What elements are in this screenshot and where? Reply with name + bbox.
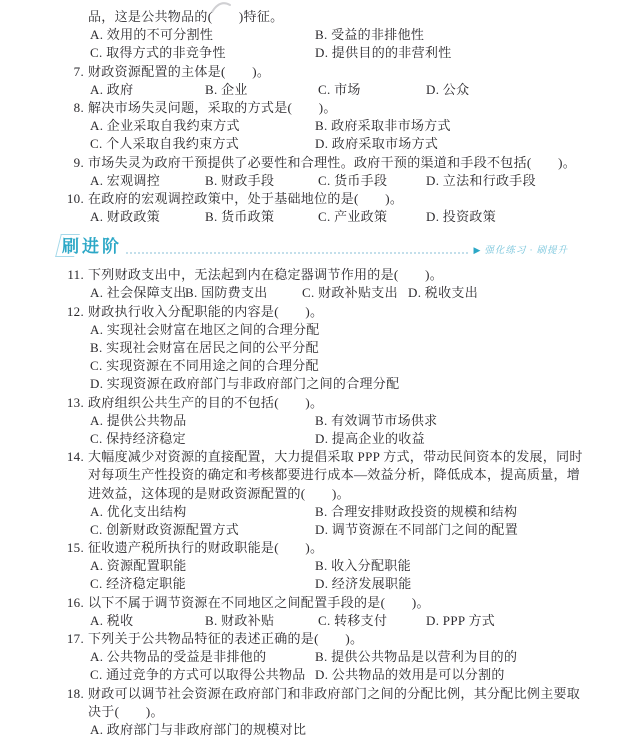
option-row: A. 宏观调控B. 财政手段C. 货币手段D. 立法和行政手段 — [0, 172, 626, 190]
option-text: B. 财政补贴 — [205, 612, 274, 630]
option-text: B. 提供公共物品是以营利为目的的 — [315, 648, 517, 666]
option-row: A. 企业采取自我约束方式B. 政府采取非市场方式 — [0, 117, 626, 135]
option-text: B. 财政手段 — [205, 172, 274, 190]
option-text: D. 立法和行政手段 — [426, 172, 536, 190]
question-line: 15.征收遗产税所执行的财政职能是( )。 — [0, 539, 626, 557]
question-line: 13.政府组织公共生产的目的不包括( )。 — [0, 394, 626, 412]
option-text: A. 财政政策 — [90, 208, 160, 226]
question-line: 7.财政资源配置的主体是( )。 — [0, 63, 626, 81]
option-text: B. 合理安排财政投资的规模和结构 — [315, 503, 517, 521]
question-text: 政府组织公共生产的目的不包括( )。 — [88, 394, 323, 412]
question-text: 大幅度减少对资源的直接配置，大力提倡采取 PPP 方式，带动民间资本的发展，同时 — [88, 448, 583, 466]
option-text: C. 货币手段 — [318, 172, 387, 190]
option-text: C. 取得方式的非竞争性 — [90, 44, 226, 62]
section-header: 刷进阶 ▶ 强化练习 · 刷提升 — [0, 232, 626, 260]
option-text: B. 政府采取非市场方式 — [315, 117, 451, 135]
question-block-bottom: 11.下列财政支出中，无法起到内在稳定器调节作用的是( )。A. 社会保障支出B… — [0, 266, 626, 739]
question-number: 16. — [40, 594, 84, 612]
question-text: 在政府的宏观调控政策中，处于基础地位的是( )。 — [88, 190, 403, 208]
option-row: C. 保持经济稳定D. 提高企业的收益 — [0, 430, 626, 448]
question-text: 对每项生产性投资的确定和考核都要进行成本—效益分析，降低成本，提高质量，增 — [88, 466, 580, 484]
question-line: 11.下列财政支出中，无法起到内在稳定器调节作用的是( )。 — [0, 266, 626, 284]
question-number: 17. — [40, 630, 84, 648]
option-text: C. 转移支付 — [318, 612, 387, 630]
option-row: A. 实现社会财富在地区之间的合理分配 — [0, 321, 626, 339]
question-line: 18.财政可以调节社会资源在政府部门和非政府部门之间的分配比例，其分配比例主要取 — [0, 685, 626, 703]
option-row: A. 优化支出结构B. 合理安排财政投资的规模和结构 — [0, 503, 626, 521]
question-text: 征收遗产税所执行的财政职能是( )。 — [88, 539, 323, 557]
option-row: A. 税收B. 财政补贴C. 转移支付D. PPP 方式 — [0, 612, 626, 630]
option-text: D. 公共物品的效用是可以分割的 — [315, 666, 505, 684]
question-number: 11. — [40, 266, 84, 284]
question-number: 12. — [40, 303, 84, 321]
option-text: D. PPP 方式 — [426, 612, 495, 630]
option-row: A. 资源配置职能B. 收入分配职能 — [0, 557, 626, 575]
option-text: C. 产业政策 — [318, 208, 387, 226]
option-text: A. 政府部门与非政府部门的规模对比 — [90, 721, 306, 739]
question-text: 以下不属于调节资源在不同地区之间配置手段的是( )。 — [88, 594, 430, 612]
option-text: C. 经济稳定职能 — [90, 575, 186, 593]
question-number: 13. — [40, 394, 84, 412]
question-text: 决于( )。 — [88, 703, 164, 721]
option-text: C. 创新财政资源配置方式 — [90, 521, 239, 539]
question-line: 9.市场失灵为政府干预提供了必要性和合理性。政府干预的渠道和手段不包括( )。 — [0, 154, 626, 172]
option-text: C. 个人采取自我约束方式 — [90, 135, 239, 153]
question-number: 9. — [40, 154, 84, 172]
option-text: C. 实现资源在不同用途之间的合理分配 — [90, 357, 319, 375]
option-text: C. 通过竞争的方式可以取得公共物品 — [90, 666, 306, 684]
option-text: C. 保持经济稳定 — [90, 430, 186, 448]
question-text: 下列财政支出中，无法起到内在稳定器调节作用的是( )。 — [88, 266, 443, 284]
question-number: 7. — [40, 63, 84, 81]
option-text: D. 实现资源在政府部门与非政府部门之间的合理分配 — [90, 375, 399, 393]
question-continuation-line: 决于( )。 — [0, 703, 626, 721]
question-line: 14.大幅度减少对资源的直接配置，大力提倡采取 PPP 方式，带动民间资本的发展… — [0, 448, 626, 466]
question-number: 10. — [40, 190, 84, 208]
question-line: 16.以下不属于调节资源在不同地区之间配置手段的是( )。 — [0, 594, 626, 612]
option-text: D. 政府采取市场方式 — [315, 135, 438, 153]
option-row: A. 社会保障支出B. 国防费支出C. 财政补贴支出D. 税收支出 — [0, 284, 626, 302]
option-row: A. 效用的不可分割性B. 受益的非排他性 — [0, 26, 626, 44]
option-text: A. 税收 — [90, 612, 133, 630]
option-text: B. 货币政策 — [205, 208, 274, 226]
question-text: 品，这是公共物品的( )特征。 — [88, 8, 283, 26]
option-text: B. 实现社会财富在居民之间的公平分配 — [90, 339, 319, 357]
option-text: B. 收入分配职能 — [315, 557, 411, 575]
question-number: 18. — [40, 685, 84, 703]
option-row: C. 创新财政资源配置方式D. 调节资源在不同部门之间的配置 — [0, 521, 626, 539]
option-row: C. 实现资源在不同用途之间的合理分配 — [0, 357, 626, 375]
question-line: 12.财政执行收入分配职能的内容是( )。 — [0, 303, 626, 321]
question-number: 14. — [40, 448, 84, 466]
option-text: B. 受益的非排他性 — [315, 26, 424, 44]
option-row: A. 政府部门与非政府部门的规模对比 — [0, 721, 626, 739]
question-line: 10.在政府的宏观调控政策中，处于基础地位的是( )。 — [0, 190, 626, 208]
option-text: A. 宏观调控 — [90, 172, 160, 190]
option-text: A. 企业采取自我约束方式 — [90, 117, 240, 135]
option-text: D. 经济发展职能 — [315, 575, 412, 593]
option-row: A. 提供公共物品B. 有效调节市场供求 — [0, 412, 626, 430]
question-continuation-line: 进效益，这体现的是财政资源配置的( )。 — [0, 485, 626, 503]
question-text: 财政执行收入分配职能的内容是( )。 — [88, 303, 323, 321]
option-text: A. 提供公共物品 — [90, 412, 187, 430]
arrow-right-icon: ▶ — [473, 243, 480, 257]
option-text: A. 效用的不可分割性 — [90, 26, 213, 44]
question-text: 进效益，这体现的是财政资源配置的( )。 — [88, 485, 350, 503]
option-text: B. 有效调节市场供求 — [315, 412, 437, 430]
option-row: C. 个人采取自我约束方式D. 政府采取市场方式 — [0, 135, 626, 153]
option-text: D. 调节资源在不同部门之间的配置 — [315, 521, 518, 539]
question-line: 17.下列关于公共物品特征的表述正确的是( )。 — [0, 630, 626, 648]
question-line: 8.解决市场失灵问题，采取的方式是( )。 — [0, 99, 626, 117]
option-text: D. 公众 — [426, 81, 469, 99]
option-row: A. 公共物品的受益是非排他的B. 提供公共物品是以营利为目的的 — [0, 648, 626, 666]
option-text: A. 资源配置职能 — [90, 557, 187, 575]
option-row: D. 实现资源在政府部门与非政府部门之间的合理分配 — [0, 375, 626, 393]
option-row: B. 实现社会财富在居民之间的公平分配 — [0, 339, 626, 357]
dotted-leader — [126, 252, 468, 254]
option-text: D. 提高企业的收益 — [315, 430, 425, 448]
question-text: 下列关于公共物品特征的表述正确的是( )。 — [88, 630, 363, 648]
question-continuation-line: 品，这是公共物品的( )特征。 — [0, 8, 626, 26]
option-text: A. 优化支出结构 — [90, 503, 187, 521]
section-title: 刷进阶 — [62, 234, 122, 260]
option-row: C. 通过竞争的方式可以取得公共物品D. 公共物品的效用是可以分割的 — [0, 666, 626, 684]
option-text: C. 市场 — [318, 81, 361, 99]
question-number: 15. — [40, 539, 84, 557]
option-text: A. 社会保障支出 — [90, 284, 187, 302]
option-text: B. 企业 — [205, 81, 248, 99]
question-continuation-line: 对每项生产性投资的确定和考核都要进行成本—效益分析，降低成本，提高质量，增 — [0, 466, 626, 484]
option-text: D. 提供目的的非营利性 — [315, 44, 452, 62]
option-text: A. 实现社会财富在地区之间的合理分配 — [90, 321, 320, 339]
question-number: 8. — [40, 99, 84, 117]
option-row: A. 政府B. 企业C. 市场D. 公众 — [0, 81, 626, 99]
question-text: 市场失灵为政府干预提供了必要性和合理性。政府干预的渠道和手段不包括( )。 — [88, 154, 576, 172]
option-row: A. 财政政策B. 货币政策C. 产业政策D. 投资政策 — [0, 208, 626, 226]
option-text: B. 国防费支出 — [185, 284, 268, 302]
option-row: C. 取得方式的非竞争性D. 提供目的的非营利性 — [0, 44, 626, 62]
question-text: 财政可以调节社会资源在政府部门和非政府部门之间的分配比例，其分配比例主要取 — [88, 685, 580, 703]
question-text: 财政资源配置的主体是( )。 — [88, 63, 270, 81]
section-tagline: 强化练习 · 刷提升 — [484, 244, 568, 258]
option-text: D. 税收支出 — [408, 284, 478, 302]
option-row: C. 经济稳定职能D. 经济发展职能 — [0, 575, 626, 593]
exam-page: 品，这是公共物品的( )特征。A. 效用的不可分割性B. 受益的非排他性C. 取… — [0, 0, 626, 740]
option-text: C. 财政补贴支出 — [302, 284, 398, 302]
option-text: A. 政府 — [90, 81, 133, 99]
option-text: A. 公共物品的受益是非排他的 — [90, 648, 266, 666]
question-block-top: 品，这是公共物品的( )特征。A. 效用的不可分割性B. 受益的非排他性C. 取… — [0, 8, 626, 226]
question-text: 解决市场失灵问题，采取的方式是( )。 — [88, 99, 337, 117]
option-text: D. 投资政策 — [426, 208, 496, 226]
